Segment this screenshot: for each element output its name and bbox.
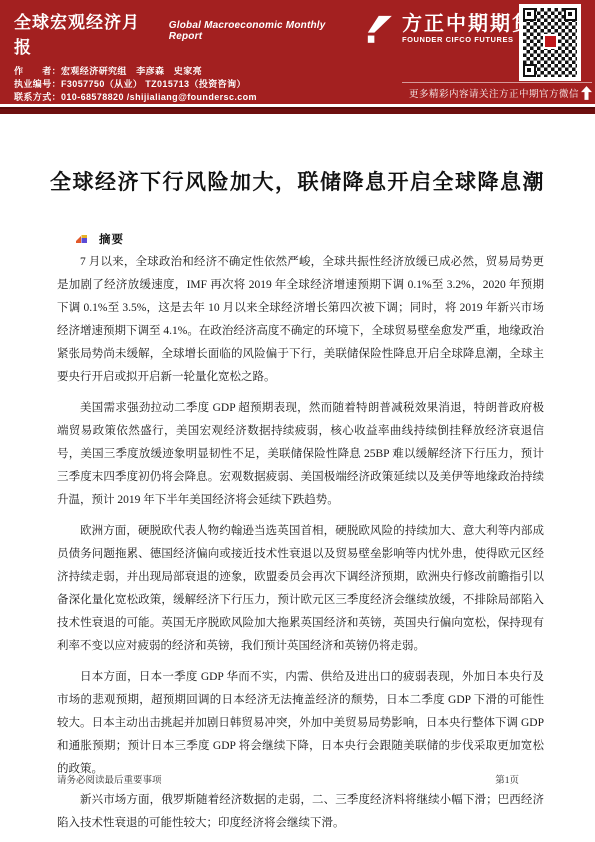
- abstract-body: 7 月以来，全球政治和经济不确定性依然严峻，全球共振性经济放缓已成必然，贸易局势…: [57, 251, 544, 842]
- report-page: 全球宏观经济月报 Global Macroeconomic Monthly Re…: [0, 0, 595, 842]
- qr-center-badge: [543, 34, 558, 49]
- qr-finder-icon: [523, 64, 536, 77]
- paragraph-us: 美国需求强劲拉动二季度 GDP 超预期表现，然而随着特朗普减税效果消退，特朗普政…: [57, 397, 544, 512]
- brand-name-en: FOUNDER CIFCO FUTURES: [402, 35, 534, 44]
- up-arrow-icon: [581, 86, 592, 100]
- wechat-note: 更多精彩内容请关注方正中期官方微信: [409, 86, 579, 100]
- wechat-strip: 更多精彩内容请关注方正中期官方微信: [402, 82, 592, 100]
- brand-name-cn: 方正中期期货: [402, 13, 534, 35]
- paragraph-europe: 欧洲方面，硬脱欧代表人物约翰逊当选英国首相，硬脱欧风险的持续加大、意大利等内部成…: [57, 520, 544, 658]
- qr-finder-icon: [523, 8, 536, 21]
- abstract-bullet-icon: [76, 234, 88, 245]
- brand-text: 方正中期期货 FOUNDER CIFCO FUTURES: [402, 13, 534, 44]
- paragraph-emerging: 新兴市场方面，俄罗斯随着经济数据的走弱，二、三季度经济料将继续小幅下滑；巴西经济…: [57, 789, 544, 835]
- qr-finder-icon: [564, 8, 577, 21]
- report-title-en: Global Macroeconomic Monthly Report: [169, 20, 359, 42]
- article-title: 全球经济下行风险加大，联储降息开启全球降息潮: [0, 166, 595, 196]
- page-footer: 请务必阅读最后重要事项 第1页: [57, 772, 519, 786]
- meta-authors: 作 者：宏观经济研究组 李彦森 史家亮: [14, 65, 359, 78]
- separator-band: [0, 107, 595, 114]
- masthead-left: 全球宏观经济月报 Global Macroeconomic Monthly Re…: [14, 8, 359, 117]
- wechat-qr-code: [519, 4, 581, 81]
- paragraph-japan: 日本方面，日本一季度 GDP 华而不实，内需、供给及进出口的疲弱表现，外加日本央…: [57, 666, 544, 781]
- report-title-row: 全球宏观经济月报 Global Macroeconomic Monthly Re…: [14, 8, 359, 58]
- report-title: 全球宏观经济月报: [14, 8, 156, 58]
- founder-logo-icon: [362, 13, 394, 45]
- meta-contact: 联系方式：010-68578820 /shijialiang@foundersc…: [14, 91, 359, 104]
- paragraph-global: 7 月以来，全球政治和经济不确定性依然严峻，全球共振性经济放缓已成必然，贸易局势…: [57, 251, 544, 389]
- page-number: 第1页: [495, 772, 519, 786]
- brand-block: 方正中期期货 FOUNDER CIFCO FUTURES: [362, 13, 534, 45]
- masthead: 全球宏观经济月报 Global Macroeconomic Monthly Re…: [0, 0, 595, 104]
- abstract-heading: 摘要: [76, 231, 124, 247]
- footer-disclaimer: 请务必阅读最后重要事项: [57, 772, 162, 786]
- abstract-label: 摘要: [99, 231, 124, 247]
- qr-modules: [523, 8, 577, 77]
- meta-license: 执业编号：F3057750（从业） TZ015713（投资咨询）: [14, 78, 359, 91]
